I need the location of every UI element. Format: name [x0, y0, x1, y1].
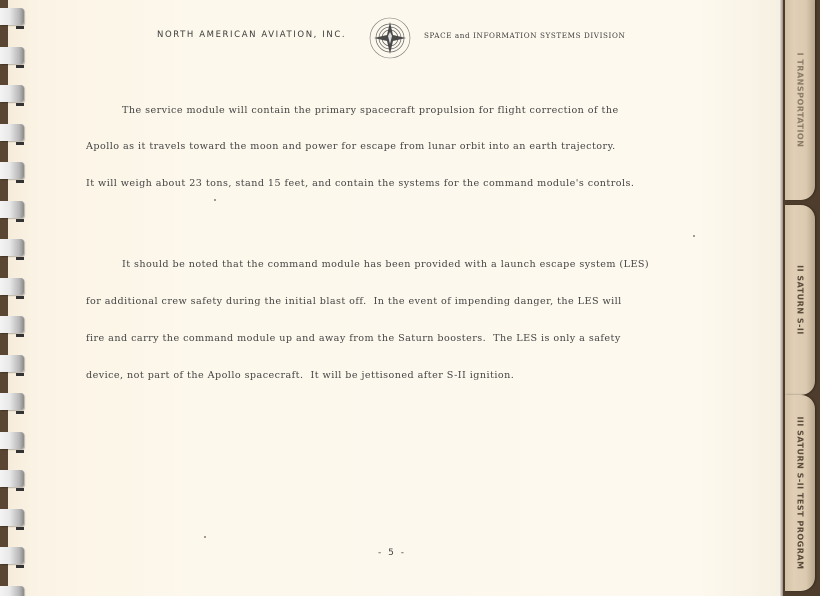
tab-label: III SATURN S-II TEST PROGRAM — [796, 416, 805, 569]
letterhead: NORTH AMERICAN AVIATION, INC. SPACE and … — [0, 16, 782, 60]
binding-ring — [0, 393, 24, 410]
binding-ring — [0, 85, 24, 102]
binding-ring — [0, 509, 24, 526]
tab-saturn-s-ii[interactable]: II SATURN S-II — [785, 205, 815, 395]
text-line: for additional crew safety during the in… — [86, 296, 706, 308]
paragraph-service-module: The service module will contain the prim… — [86, 80, 706, 215]
tab-saturn-s-ii-test-program[interactable]: III SATURN S-II TEST PROGRAM — [785, 395, 815, 591]
tab-label: II SATURN S-II — [796, 265, 805, 335]
text-line: It will weigh about 23 tons, stand 15 fe… — [86, 178, 706, 190]
binding-ring — [0, 316, 24, 333]
binding-ring — [0, 586, 24, 596]
paper-speck — [693, 235, 695, 237]
binding-ring — [0, 355, 24, 372]
text-line: fire and carry the command module up and… — [86, 333, 706, 345]
binding-ring — [0, 162, 24, 179]
company-name: NORTH AMERICAN AVIATION, INC. — [157, 30, 346, 40]
page-number: - 5 - — [378, 548, 406, 558]
text-line: The service module will contain the prim… — [86, 105, 706, 117]
paragraph-launch-escape-system: It should be noted that the command modu… — [86, 234, 706, 406]
binding-ring — [0, 432, 24, 449]
division-name: SPACE and INFORMATION SYSTEMS DIVISION — [424, 31, 625, 40]
paper-speck — [204, 536, 206, 538]
binding-ring — [0, 547, 24, 564]
binding-ring — [0, 201, 24, 218]
binding-ring — [0, 124, 24, 141]
text-line: It should be noted that the command modu… — [86, 259, 706, 271]
paper-speck — [214, 199, 216, 201]
tab-transportation[interactable]: I TRANSPORTATION — [785, 0, 815, 200]
binding-ring — [0, 470, 24, 487]
body-text: The service module will contain the prim… — [86, 80, 706, 425]
binding-ring — [0, 278, 24, 295]
tab-label: I TRANSPORTATION — [796, 53, 805, 148]
text-line: device, not part of the Apollo spacecraf… — [86, 370, 706, 382]
compass-star-emblem-icon — [368, 16, 412, 60]
binding-ring — [0, 239, 24, 256]
text-line: Apollo as it travels toward the moon and… — [86, 141, 706, 153]
document-page: NORTH AMERICAN AVIATION, INC. SPACE and … — [0, 0, 782, 596]
